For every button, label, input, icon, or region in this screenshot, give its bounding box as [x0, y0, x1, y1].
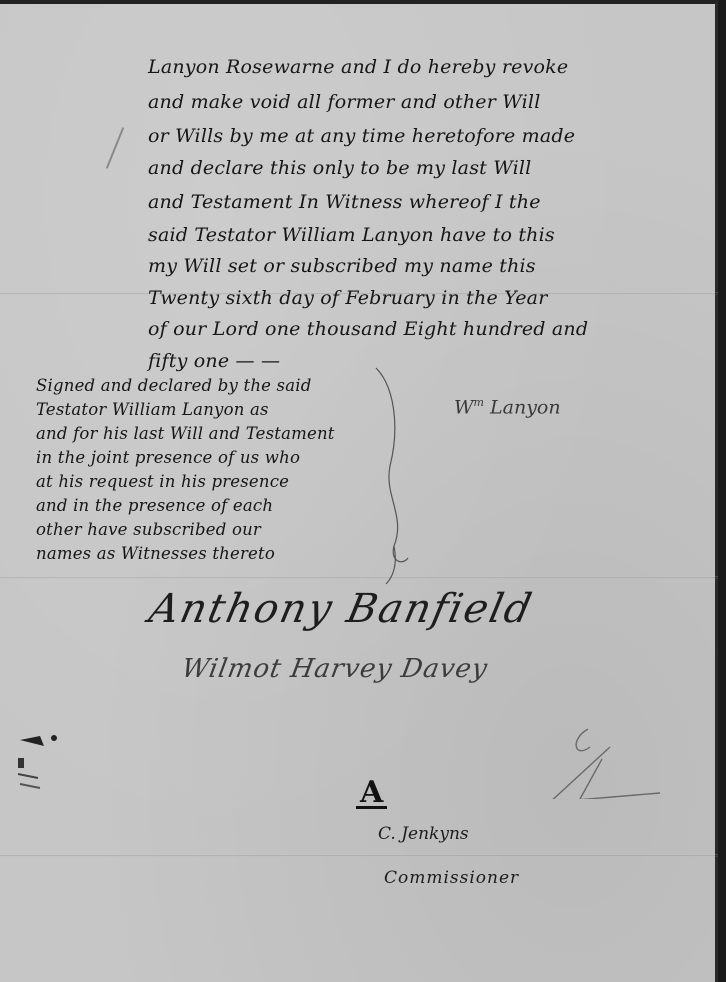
- body-line: said Testator William Lanyon have to thi…: [148, 224, 555, 246]
- attestation-line: names as Witnesses thereto: [36, 544, 275, 563]
- body-line: and make void all former and other Will: [148, 91, 541, 113]
- manuscript-page: Lanyon Rosewarne and I do hereby revoke …: [0, 0, 718, 982]
- signature-prefix: W: [454, 396, 474, 418]
- testator-signature: Wm Lanyon: [454, 396, 561, 418]
- exhibit-mark: A: [356, 780, 387, 809]
- body-line: fifty one — —: [148, 350, 280, 372]
- pencil-mark-icon: [530, 719, 670, 799]
- body-line: of our Lord one thousand Eight hundred a…: [148, 318, 588, 340]
- witness-signature-2: Wilmot Harvey Davey: [179, 654, 490, 684]
- attestation-brace-icon: [372, 366, 412, 586]
- fold-crease: [0, 854, 718, 857]
- ink-blot-icon: [14, 734, 64, 794]
- margin-tick-mark: [106, 127, 124, 169]
- body-line: and declare this only to be my last Will: [148, 157, 531, 179]
- signature-superscript: m: [474, 396, 484, 409]
- commissioner-signature: C. Jenkyns: [378, 824, 469, 844]
- body-line: Lanyon Rosewarne and I do hereby revoke: [148, 56, 568, 78]
- signature-surname: Lanyon: [490, 396, 561, 418]
- body-line: my Will set or subscribed my name this: [148, 255, 536, 277]
- fold-crease: [0, 576, 718, 579]
- body-line: or Wills by me at any time heretofore ma…: [148, 125, 575, 147]
- attestation-line: and for his last Will and Testament: [36, 424, 335, 443]
- attestation-line: in the joint presence of us who: [36, 448, 300, 467]
- body-line: Twenty sixth day of February in the Year: [148, 287, 548, 309]
- attestation-line: other have subscribed our: [36, 520, 261, 539]
- commissioner-title: Commissioner: [384, 868, 519, 888]
- attestation-line: Signed and declared by the said: [36, 376, 312, 395]
- body-line: and Testament In Witness whereof I the: [148, 191, 541, 213]
- attestation-line: at his request in his presence: [36, 472, 289, 491]
- attestation-line: and in the presence of each: [36, 496, 273, 515]
- attestation-line: Testator William Lanyon as: [36, 400, 269, 419]
- witness-signature-1: Anthony Banfield: [145, 586, 537, 632]
